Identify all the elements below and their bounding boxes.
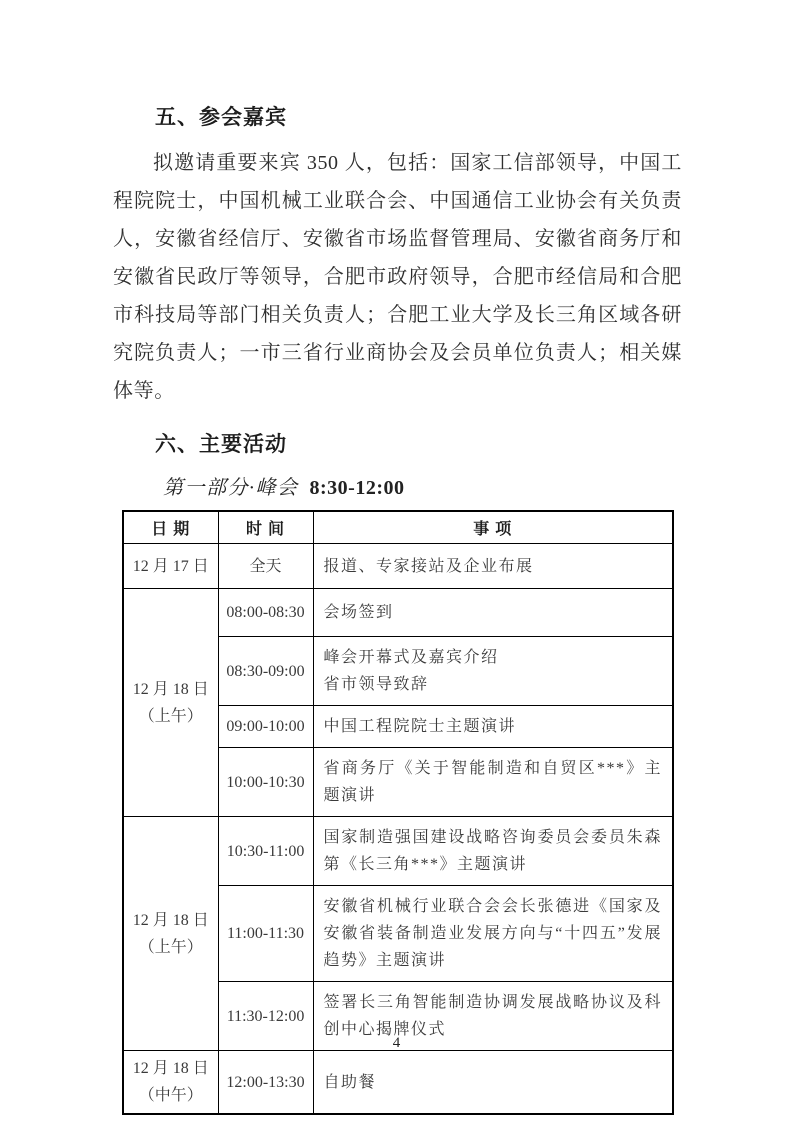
- part-title: 第一部分·峰会 8:30-12:00: [163, 471, 682, 500]
- event-cell: 安徽省机械行业联合会会长张德进《国家及安徽省装备制造业发展方向与“十四五”发展趋…: [313, 886, 673, 982]
- section-heading-guests: 五、参会嘉宾: [155, 101, 682, 131]
- event-cell: 中国工程院院士主题演讲: [313, 706, 673, 748]
- date-note: （中午）: [127, 1082, 215, 1109]
- event-cell: 省商务厅《关于智能制造和自贸区***》主题演讲: [313, 748, 673, 817]
- time-cell: 08:30-09:00: [218, 637, 313, 706]
- page-number: 4: [0, 1035, 793, 1052]
- guests-paragraph: 拟邀请重要来宾 350 人，包括：国家工信部领导，中国工程院院士，中国机械工业联…: [113, 144, 682, 410]
- header-event: 事 项: [313, 511, 673, 544]
- date-text: 12 月 18 日: [127, 676, 215, 703]
- section-heading-activities: 六、主要活动: [155, 428, 682, 458]
- event-cell: 国家制造强国建设战略咨询委员会委员朱森第《长三角***》主题演讲: [313, 817, 673, 886]
- date-note: （上午）: [127, 703, 215, 730]
- time-cell: 全天: [218, 544, 313, 589]
- date-cell: 12 月 18 日 （上午）: [123, 817, 218, 1051]
- event-cell: 峰会开幕式及嘉宾介绍 省市领导致辞: [313, 637, 673, 706]
- time-cell: 12:00-13:30: [218, 1051, 313, 1115]
- date-cell: 12 月 17 日: [123, 544, 218, 589]
- document-page: { "sections": { "guests": { "heading": "…: [0, 0, 793, 1122]
- part-title-label: 第一部分·峰会: [163, 477, 299, 499]
- time-cell: 10:30-11:00: [218, 817, 313, 886]
- date-note: （上午）: [127, 934, 215, 961]
- table-row: 12 月 18 日 （中午） 12:00-13:30 自助餐: [123, 1051, 673, 1115]
- table-row: 12 月 18 日 （上午） 08:00-08:30 会场签到: [123, 589, 673, 637]
- event-cell: 报道、专家接站及企业布展: [313, 544, 673, 589]
- time-cell: 10:00-10:30: [218, 748, 313, 817]
- table-row: 12 月 17 日 全天 报道、专家接站及企业布展: [123, 544, 673, 589]
- table-header-row: 日 期 时 间 事 项: [123, 511, 673, 544]
- event-cell: 会场签到: [313, 589, 673, 637]
- part-title-time: 8:30-12:00: [310, 477, 405, 499]
- table-row: 12 月 18 日 （上午） 10:30-11:00 国家制造强国建设战略咨询委…: [123, 817, 673, 886]
- schedule-table: 日 期 时 间 事 项 12 月 17 日 全天 报道、专家接站及企业布展 12…: [122, 510, 674, 1115]
- date-text: 12 月 18 日: [127, 907, 215, 934]
- header-date: 日 期: [123, 511, 218, 544]
- date-text: 12 月 17 日: [127, 553, 215, 580]
- page-content: 五、参会嘉宾 拟邀请重要来宾 350 人，包括：国家工信部领导，中国工程院院士，…: [113, 101, 682, 1115]
- date-cell: 12 月 18 日 （上午）: [123, 589, 218, 817]
- event-cell: 自助餐: [313, 1051, 673, 1115]
- time-cell: 11:00-11:30: [218, 886, 313, 982]
- time-cell: 08:00-08:30: [218, 589, 313, 637]
- time-cell: 09:00-10:00: [218, 706, 313, 748]
- date-cell: 12 月 18 日 （中午）: [123, 1051, 218, 1115]
- date-text: 12 月 18 日: [127, 1055, 215, 1082]
- header-time: 时 间: [218, 511, 313, 544]
